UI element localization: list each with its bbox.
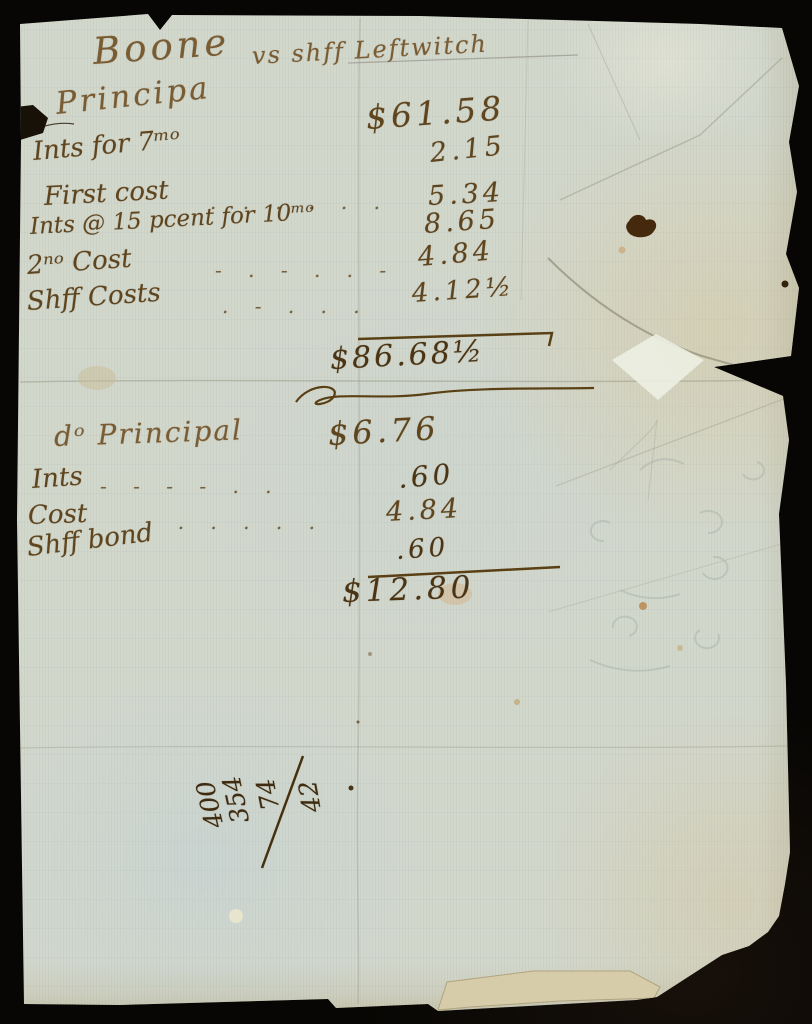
row-amount: 4.84 <box>417 235 496 273</box>
row-label: Shff Costs <box>26 278 162 317</box>
case-title-plaintiff: Boone <box>92 20 232 72</box>
section2-total: $12.80 <box>341 569 475 610</box>
row-label: 2ⁿᵒ Cost <box>26 244 133 281</box>
row-label: Ints for 7ᵐᵒ <box>32 124 182 167</box>
row-leader: - - - - . . <box>100 474 274 498</box>
margin-figure: 74 <box>251 776 286 813</box>
paper-sheet: Boone vs shff Leftwitch Principa $61.58 … <box>0 0 812 1024</box>
row-amount: .60 <box>395 532 450 566</box>
row-amount: 8.65 <box>423 204 501 240</box>
row-label: Principa <box>54 70 212 122</box>
row-amount: 4.12½ <box>411 272 516 309</box>
row-amount: $6.76 <box>327 409 440 453</box>
row-amount: .60 <box>397 457 456 495</box>
margin-figure: 42 <box>293 778 327 814</box>
row-amount: $61.58 <box>365 88 507 137</box>
case-title-versus: vs shff Leftwitch <box>251 30 488 70</box>
row-leader: - . - . . - <box>215 258 388 282</box>
row-label: dᵒ Principal <box>53 413 243 453</box>
row-leader: . - . . . <box>222 294 362 318</box>
row-amount: 4.84 <box>385 493 463 528</box>
row-label: Ints <box>31 461 84 494</box>
row-label: First cost <box>43 175 169 211</box>
section1-total: $86.68½ <box>329 334 486 377</box>
row-leader: . . . . . . <box>145 510 317 534</box>
row-amount: 2.15 <box>428 130 507 169</box>
scan-background: Boone vs shff Leftwitch Principa $61.58 … <box>0 0 812 1024</box>
ledger-content: Boone vs shff Leftwitch Principa $61.58 … <box>0 0 812 1024</box>
